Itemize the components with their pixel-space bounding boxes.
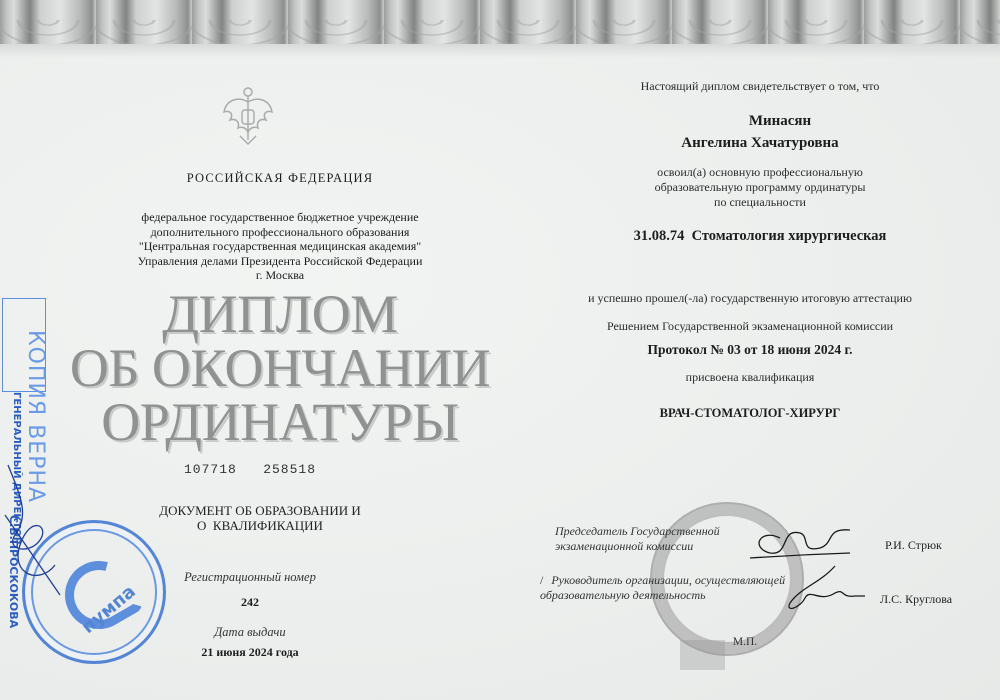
protocol: Протокол № 03 от 18 июня 2024 г. xyxy=(540,342,960,358)
country-name: РОССИЙСКАЯ ФЕДЕРАЦИЯ xyxy=(130,171,430,186)
qualification: ВРАЧ-СТОМАТОЛОГ-ХИРУРГ xyxy=(540,406,960,421)
graduate-surname: Минасян xyxy=(560,113,960,130)
issue-date-label: Дата выдачи xyxy=(150,625,350,640)
chairman-name: Р.И. Стрюк xyxy=(885,538,942,553)
qualification-label: присвоена квалификация xyxy=(540,370,960,385)
specialty: 31.08.74 Стоматология хирургическая xyxy=(560,228,960,245)
coat-of-arms-icon xyxy=(220,86,276,148)
issue-date: 21 июня 2024 года xyxy=(150,645,350,660)
diploma-title: ДИПЛОМ ОБ ОКОНЧАНИИ ОРДИНАТУРЫ xyxy=(60,287,500,449)
director-name-right: Л.С. Круглова xyxy=(880,592,952,607)
chairman-role: Председатель Государственной экзаменацио… xyxy=(555,524,720,554)
attestation-text: и успешно прошел(-ла) государственную ит… xyxy=(540,291,960,306)
serial-number: 107718 258518 xyxy=(130,462,370,477)
document-type: ДОКУМЕНТ ОБ ОБРАЗОВАНИИ И О КВАЛИФИКАЦИИ xyxy=(120,503,400,533)
graduate-given-names: Ангелина Хачатуровна xyxy=(560,135,960,152)
organization-name: федеральное государственное бюджетное уч… xyxy=(90,210,470,283)
commission-text: Решением Государственной экзаменационной… xyxy=(540,319,960,334)
diploma-page: РОССИЙСКАЯ ФЕДЕРАЦИЯ федеральное государ… xyxy=(0,0,1000,700)
registration-label: Регистрационный номер xyxy=(150,570,350,585)
registration-number: 242 xyxy=(150,595,350,610)
intro-text: Настоящий диплом свидетельствует о том, … xyxy=(560,79,960,94)
program-text: освоил(а) основную профессиональную обра… xyxy=(560,165,960,210)
seal-label: М.П. xyxy=(720,636,770,648)
chairman-signature xyxy=(740,508,890,618)
director-signature xyxy=(0,455,70,605)
ornamental-border xyxy=(0,0,1000,44)
